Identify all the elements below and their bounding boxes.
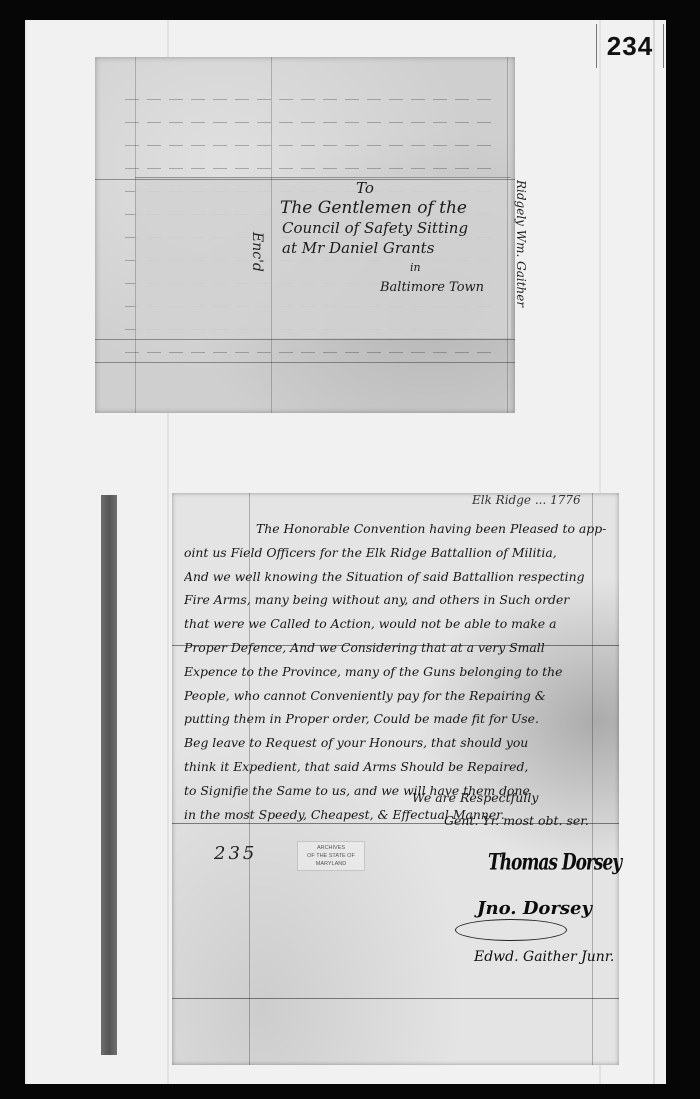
- archive-stamp: ARCHIVES OF THE STATE OF MARYLAND: [297, 841, 365, 871]
- signature-edwd-gaither: Edwd. Gaither Junr.: [474, 949, 614, 965]
- signature-jno-dorsey: Jno. Dorsey: [477, 898, 592, 919]
- letter-line: And we well knowing the Situation of sai…: [184, 565, 616, 589]
- binding-strip: [101, 495, 117, 1055]
- letter-closing-2: Gent. Yr. most obt. ser.: [444, 813, 589, 828]
- fold-line: [95, 339, 515, 340]
- fold-line: [271, 57, 272, 413]
- address-to: To: [280, 178, 484, 198]
- fold-line: [135, 57, 136, 413]
- letter-line: think it Expedient, that said Arms Shoul…: [184, 755, 616, 779]
- fold-line: [95, 362, 515, 363]
- letter-line: putting them in Proper order, Could be m…: [184, 707, 616, 731]
- address-line: Baltimore Town: [280, 278, 484, 298]
- address-line: Council of Safety Sitting: [280, 218, 484, 238]
- stamp-line: OF THE STATE OF: [298, 852, 364, 860]
- letter-line: People, who cannot Conveniently pay for …: [184, 684, 616, 708]
- address-line: The Gentlemen of the: [280, 198, 484, 218]
- letter-page: Elk Ridge ... 1776 The Honorable Convent…: [172, 493, 619, 1065]
- docket-note-left: Enc'd: [249, 232, 265, 272]
- letter-line: oint us Field Officers for the Elk Ridge…: [184, 541, 616, 565]
- fold-line: [507, 57, 508, 413]
- letter-line: that were we Called to Action, would not…: [184, 612, 616, 636]
- letter-line: The Honorable Convention having been Ple…: [184, 517, 616, 541]
- stamp-line: MARYLAND: [298, 860, 364, 868]
- letter-body: The Honorable Convention having been Ple…: [184, 517, 616, 826]
- address-block: To The Gentlemen of the Council of Safet…: [280, 178, 484, 298]
- letter-line: Beg leave to Request of your Honours, th…: [184, 731, 616, 755]
- letter-line: Proper Defence, And we Considering that …: [184, 636, 616, 660]
- letter-line: to Signifie the Same to us, and we will …: [184, 779, 616, 803]
- letter-line: Fire Arms, many being without any, and o…: [184, 588, 616, 612]
- signature-flourish: [455, 919, 567, 941]
- folio-number: 235: [214, 843, 257, 864]
- docket-note-right: Ridgely Wm. Gaither: [514, 180, 528, 307]
- address-line: in: [280, 258, 484, 278]
- address-line: at Mr Daniel Grants: [280, 238, 484, 258]
- signature-thomas-dorsey: Thomas Dorsey: [488, 850, 621, 876]
- letter-date: Elk Ridge ... 1776: [472, 493, 581, 507]
- fold-line: [172, 998, 619, 999]
- letter-line: Expence to the Province, many of the Gun…: [184, 660, 616, 684]
- frame-number: 234: [596, 24, 664, 68]
- letter-closing: We are Respectfully: [412, 790, 538, 805]
- stamp-line: ARCHIVES: [298, 844, 364, 852]
